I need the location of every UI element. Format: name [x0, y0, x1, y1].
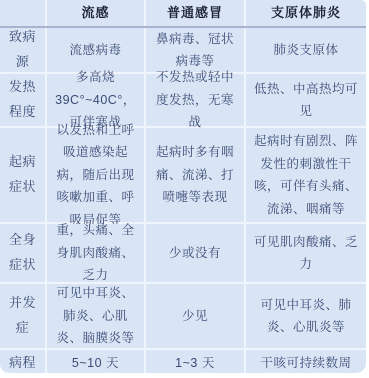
- row-header-disease-course: 病程: [0, 350, 45, 373]
- row-header-pathogen: 致病源: [0, 28, 45, 72]
- table-cell: 干咳可持续数周: [246, 350, 366, 373]
- column-header-flu: 流感: [47, 0, 144, 26]
- column-header-blank: [0, 0, 45, 26]
- table-cell: 不发热或轻中度发热，无寒战: [146, 74, 244, 126]
- comparison-table-grid: 流感 普通感冒 支原体肺炎 致病源 流感病毒 鼻病毒、冠状病毒等 肺炎支原体 发…: [0, 0, 366, 373]
- row-header-complications: 并发症: [0, 284, 45, 348]
- table-cell: 起病时多有咽痛、流涕、打喷嚏等表现: [146, 128, 244, 222]
- table-cell: 5~10 天: [47, 350, 144, 373]
- table-cell: 可见肌肉酸痛、乏力: [246, 224, 366, 282]
- column-header-common-cold: 普通感冒: [146, 0, 244, 26]
- table-cell: 1~3 天: [146, 350, 244, 373]
- table-cell: 少见: [146, 284, 244, 348]
- comparison-table: 流感 普通感冒 支原体肺炎 致病源 流感病毒 鼻病毒、冠状病毒等 肺炎支原体 发…: [0, 0, 366, 373]
- table-cell: 可见中耳炎、肺炎、心肌炎等: [246, 284, 366, 348]
- row-header-systemic-symptoms: 全身症状: [0, 224, 45, 282]
- row-header-fever-degree: 发热程度: [0, 74, 45, 126]
- table-cell: 起病时有剧烈、阵发性的刺激性干咳，可伴有头痛、流涕、咽痛等: [246, 128, 366, 222]
- table-cell: 少或没有: [146, 224, 244, 282]
- screenshot-canvas: 流感 普通感冒 支原体肺炎 致病源 流感病毒 鼻病毒、冠状病毒等 肺炎支原体 发…: [0, 0, 369, 378]
- table-cell: 肺炎支原体: [246, 28, 366, 72]
- column-header-mycoplasma-pneumonia: 支原体肺炎: [246, 0, 366, 26]
- row-header-onset-symptoms: 起病症状: [0, 128, 45, 222]
- table-cell: 以发热和上呼吸道感染起病，随后出现咳嗽加重、呼吸局促等: [47, 128, 144, 222]
- header-divider: [0, 26, 366, 28]
- table-cell: 低热、中高热均可见: [246, 74, 366, 126]
- table-cell: 可见中耳炎、肺炎、心肌炎、脑膜炎等: [47, 284, 144, 348]
- table-cell: 重，头痛、全身肌肉酸痛、乏力: [47, 224, 144, 282]
